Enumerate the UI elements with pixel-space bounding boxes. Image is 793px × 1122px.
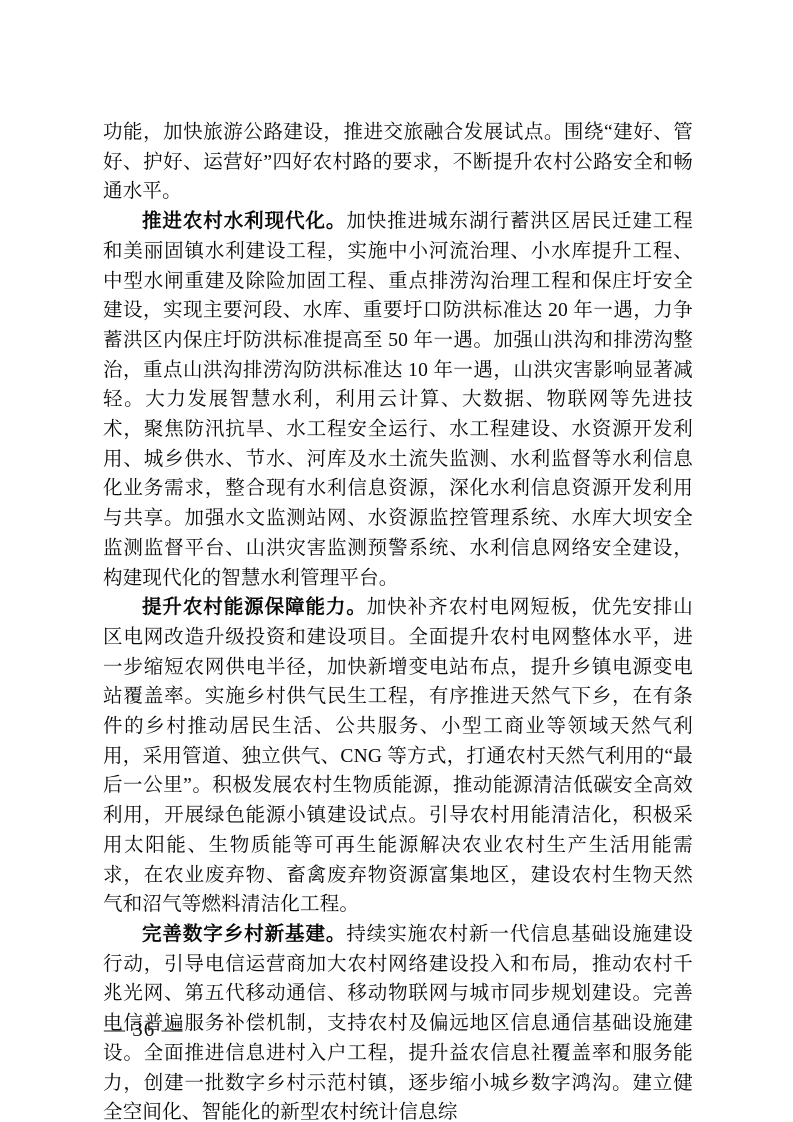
paragraph-text: 加快补齐农村电网短板，优先安排山区电网改造升级投资和建设项目。全面提升农村电网整… [103,597,693,915]
document-page: 功能，加快旅游公路建设，推进交旅融合发展试点。围绕“建好、管好、护好、运营好”四… [0,0,793,1122]
paragraph-digital-village-infrastructure: 完善数字乡村新基建。持续实施农村新一代信息基础设施建设行动，引导电信运营商加大农… [103,920,693,1122]
paragraph-rural-water-modernization: 推进农村水利现代化。加快推进城东湖行蓄洪区居民迁建工程和美丽固镇水利建设工程，实… [103,207,693,593]
paragraph-road-continuation: 功能，加快旅游公路建设，推进交旅融合发展试点。围绕“建好、管好、护好、运营好”四… [103,118,693,207]
page-number: — 36 — [104,1016,184,1042]
paragraph-heading: 完善数字乡村新基建。 [142,924,346,945]
paragraph-text: 功能，加快旅游公路建设，推进交旅融合发展试点。围绕“建好、管好、护好、运营好”四… [103,122,693,202]
document-body: 功能，加快旅游公路建设，推进交旅融合发展试点。围绕“建好、管好、护好、运营好”四… [103,118,693,1122]
paragraph-heading: 推进农村水利现代化。 [142,211,346,232]
paragraph-heading: 提升农村能源保障能力。 [142,597,367,618]
paragraph-text: 持续实施农村新一代信息基础设施建设行动，引导电信运营商加大农村网络建设投入和布局… [103,924,693,1122]
paragraph-text: 加快推进城东湖行蓄洪区居民迁建工程和美丽固镇水利建设工程，实施中小河流治理、小水… [103,211,693,588]
paragraph-rural-energy-security: 提升农村能源保障能力。加快补齐农村电网短板，优先安排山区电网改造升级投资和建设项… [103,593,693,920]
